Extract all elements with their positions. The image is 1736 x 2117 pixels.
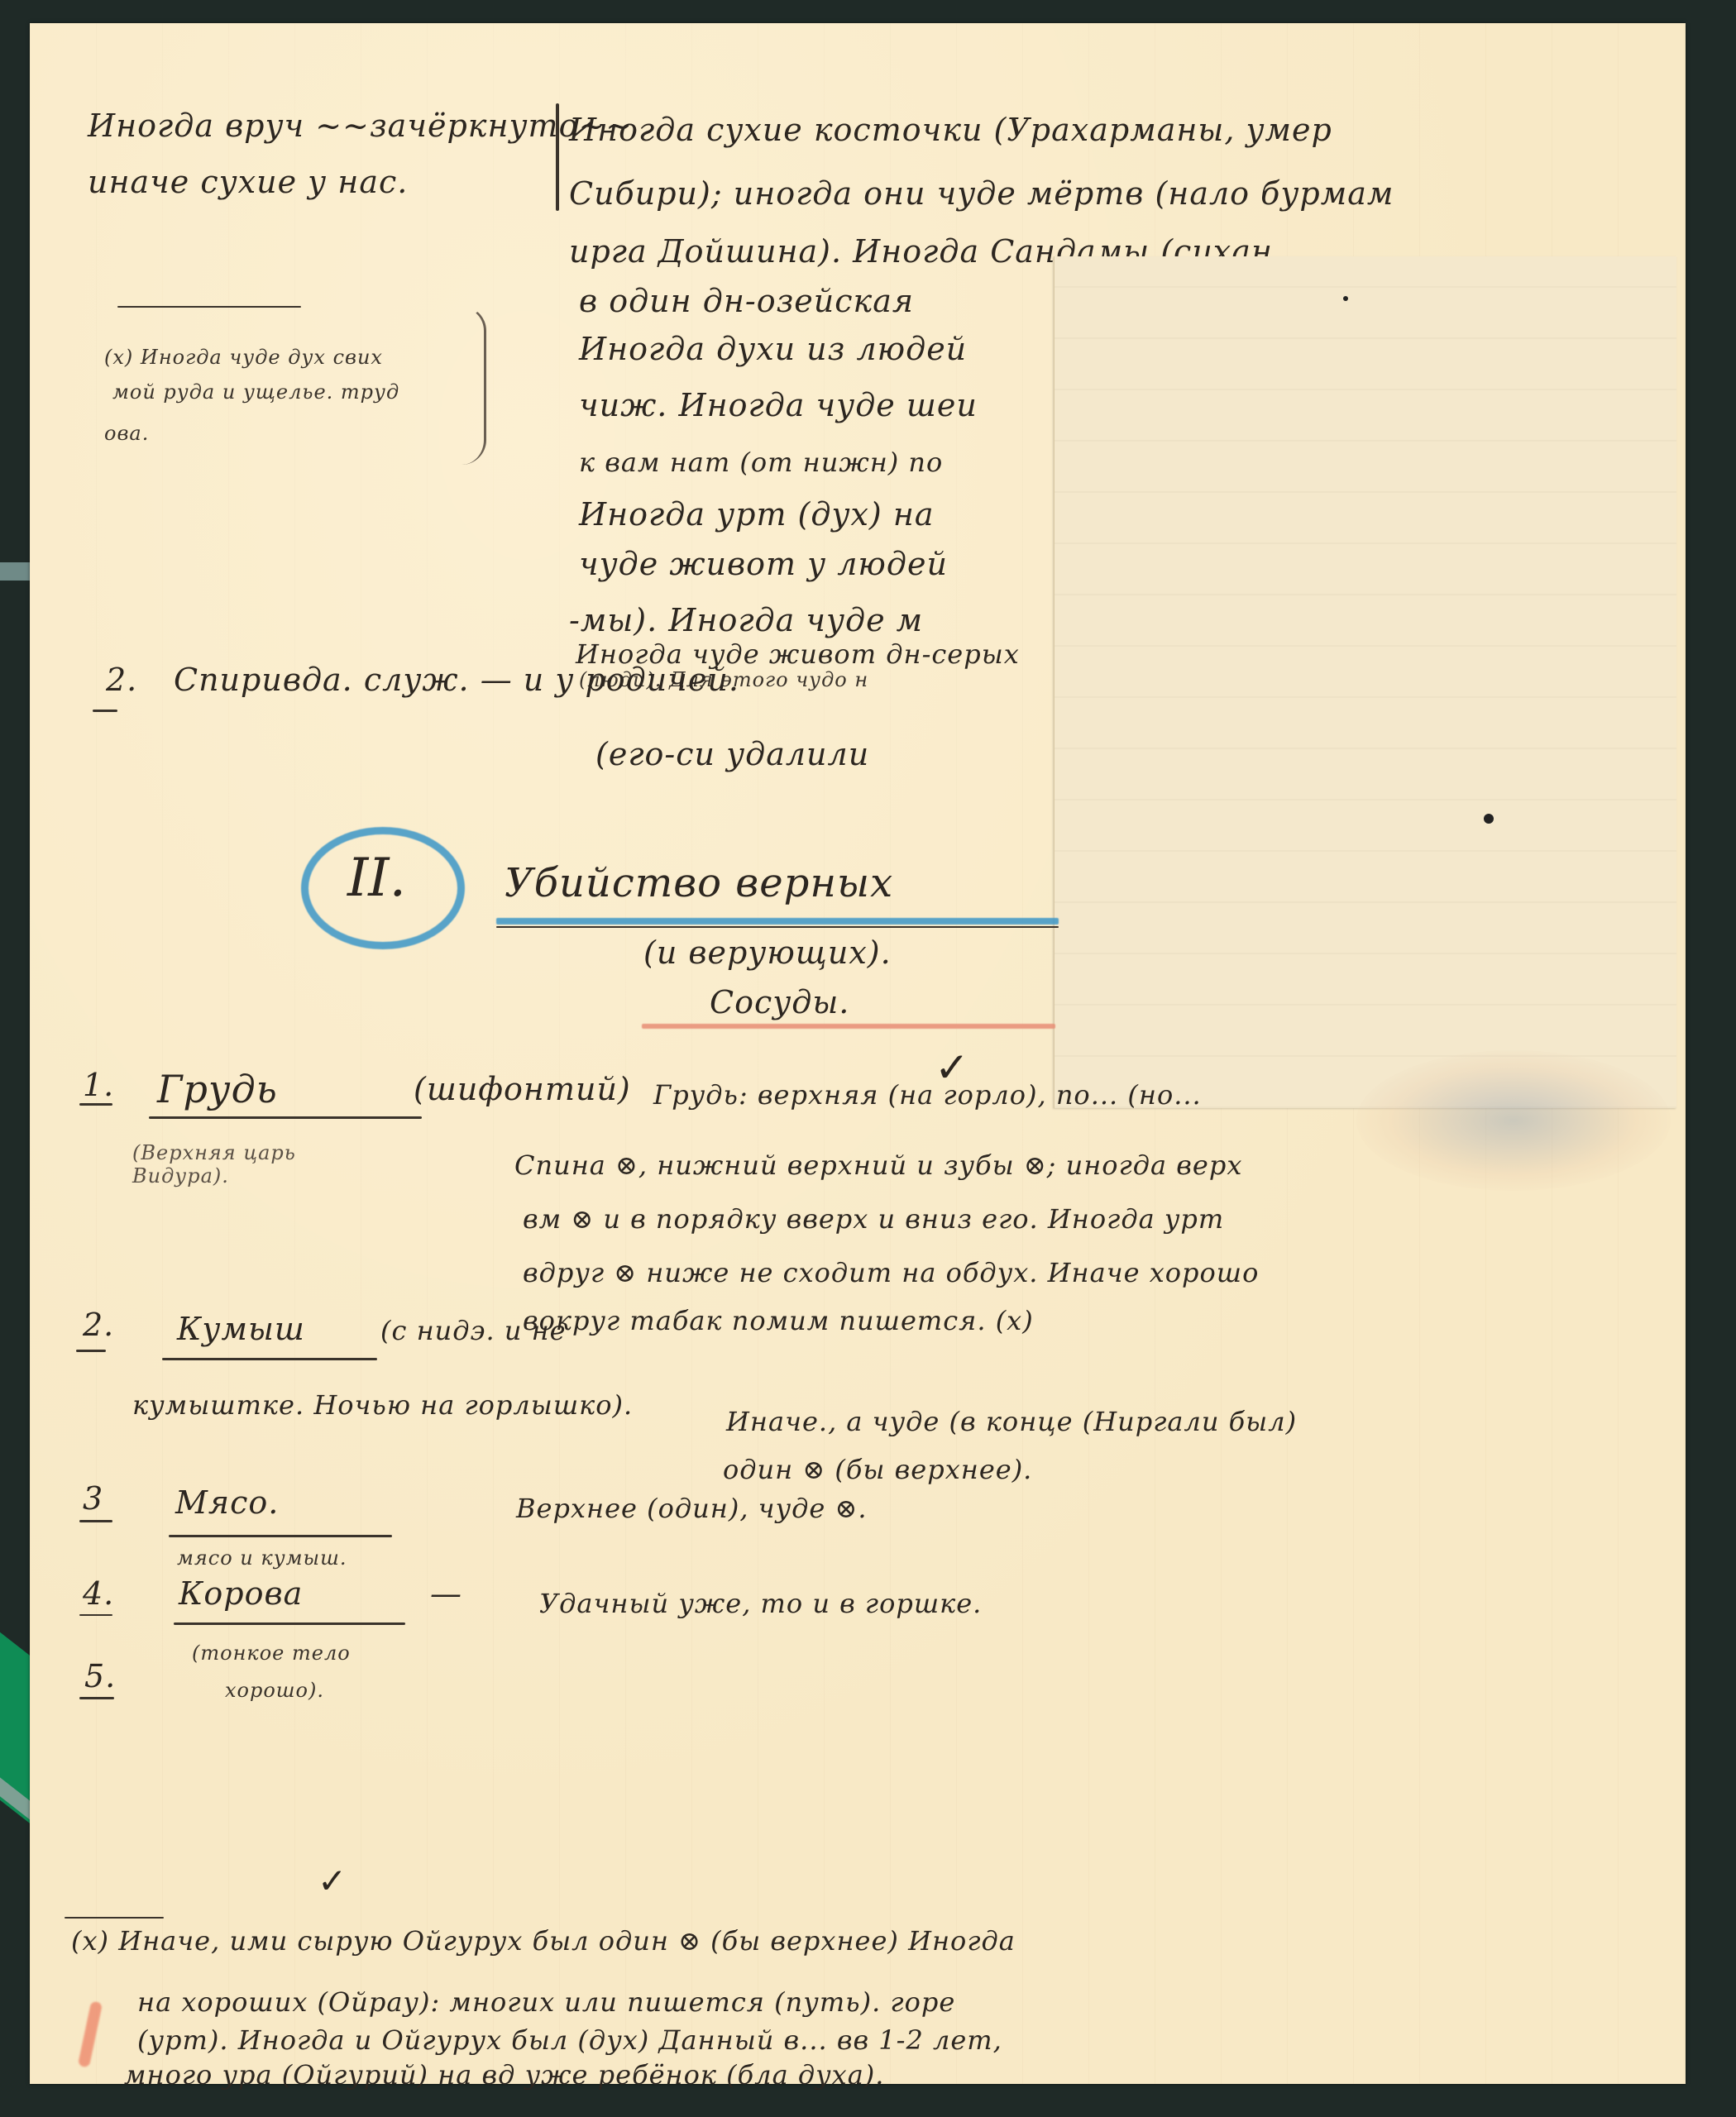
para-line-10: -мы). Иногда чуде м [569,602,923,638]
check-mark-2: ✓ [318,1861,347,1901]
vertical-divider [556,103,559,211]
item-3-name-underline [169,1535,392,1537]
item-4-number-underline [79,1614,112,1616]
item-5-note: хорошо). [225,1679,324,1702]
para-line-1: Иногда сухие косточки (Урахарманы, умер [569,112,1332,148]
item-4-dash: — [430,1575,462,1612]
para-line-7: к вам нат (от нижн) по [579,447,943,478]
top-left-note-line-1: Иногда вруч ~~зачёркнуто~~ [88,108,633,144]
item-2-line-1: Иначе., а чуде (в конце (Ниргали был) [726,1406,1297,1437]
item-1-line-3: вм ⊗ и в порядку вверх и вниз его. Иногд… [523,1203,1224,1235]
ink-dot-small [1343,296,1348,301]
item-2-top-underline [93,710,117,712]
margin-note-line-2: мой руда и ущелье. труд [112,380,399,404]
item-5-number: 5. [84,1658,116,1694]
ink-dot [1484,814,1494,824]
item-4-number: 4. [83,1575,114,1612]
item-3-number: 3 [83,1480,103,1517]
section-title: Убийство верных [505,860,893,906]
footnote-rule [65,1917,164,1919]
item-3-name: Мясо. [175,1484,279,1521]
item-2-top-text: Спиривда. служ. — и у родичей. [174,662,739,698]
para-line-2: Сибири); иногда они чуде мёртв (нало бур… [569,175,1394,212]
item-2-name-underline [162,1358,377,1360]
item-4-name-underline [174,1622,405,1625]
section-title-blue-underline [496,918,1059,925]
item-3-note: мясо и кумыш. [177,1546,347,1570]
para-line-4: в один дн-озейская [579,283,914,319]
pasted-paper-slip [1054,256,1676,1108]
item-1-line-4: вдруг ⊗ ниже не сходит на обдух. Иначе х… [523,1257,1259,1288]
item-1-gloss: (шифонтий) [414,1071,631,1107]
item-2-number-underline [76,1350,106,1352]
top-left-note-line-2: иначе сухие у нас. [88,164,408,200]
item-4-note: (тонкое тело [192,1642,351,1665]
item-3-line-1: Верхнее (один), чуде ⊗. [516,1493,868,1524]
item-1-note: (Верхняя царь Видура). [132,1141,347,1188]
item-4-name: Корова [179,1575,303,1612]
item-1-line-1: Грудь: верхняя (на горло), по... (но... [653,1079,1202,1111]
item-2-top-number: 2. [106,662,137,698]
background-teal-strip [0,562,33,581]
item-2-note: кумыштке. Ночью на горлышко). [132,1389,633,1421]
item-2-name: Кумыш [177,1311,305,1347]
item-2-line-2: один ⊗ (бы верхнее). [723,1454,1032,1485]
margin-note-line-1: (x) Иногда чуде дух свих [104,346,383,369]
footnote-line-4: много ура (Ойгурий) на вд уже ребёнок (б… [124,2059,884,2091]
section-title-ink-underline [496,926,1059,928]
item-1-number: 1. [83,1067,114,1103]
water-stain [1356,1050,1671,1191]
para-line-5: Иногда духи из людей [579,331,967,367]
item-1-number-underline [79,1103,112,1106]
footnote-line-3: (урт). Иногда и Ойгурух был (дух) Данный… [137,2024,1002,2056]
item-2-top-sub: (его-си удалили [595,736,869,772]
item-1-line-5: вокруг табак помим пишется. (x) [523,1305,1034,1336]
section-subtitle-red-underline [642,1024,1055,1029]
item-1-line-2: Спина ⊗, нижний верхний и зубы ⊗; иногда… [514,1149,1242,1181]
item-4-line-1: Удачный уже, то и в горшке. [539,1588,982,1619]
footnote-line-1: (x) Иначе, ими сырую Ойгурух был один ⊗ … [71,1925,1016,1957]
section-subtitle-1: (и верующих). [643,934,892,971]
section-roman-numeral: II. [347,848,406,909]
para-line-6: чиж. Иногда чуде шеи [579,387,978,423]
footnote-line-2: на хороших (Ойрау): многих или пишется (… [137,1986,955,2018]
item-1-name: Грудь [157,1067,278,1111]
section-subtitle-2: Сосуды. [710,984,849,1020]
margin-note-line-3: ова. [104,422,149,445]
item-5-number-underline [79,1697,114,1699]
item-1-name-underline [149,1116,422,1119]
item-3-number-underline [79,1520,112,1522]
para-line-9: чуде живот у людей [579,546,948,582]
item-2-gloss: (с нидэ. и не [380,1315,567,1346]
item-2-number: 2. [83,1307,114,1343]
para-line-8: Иногда урт (дух) на [579,496,935,533]
